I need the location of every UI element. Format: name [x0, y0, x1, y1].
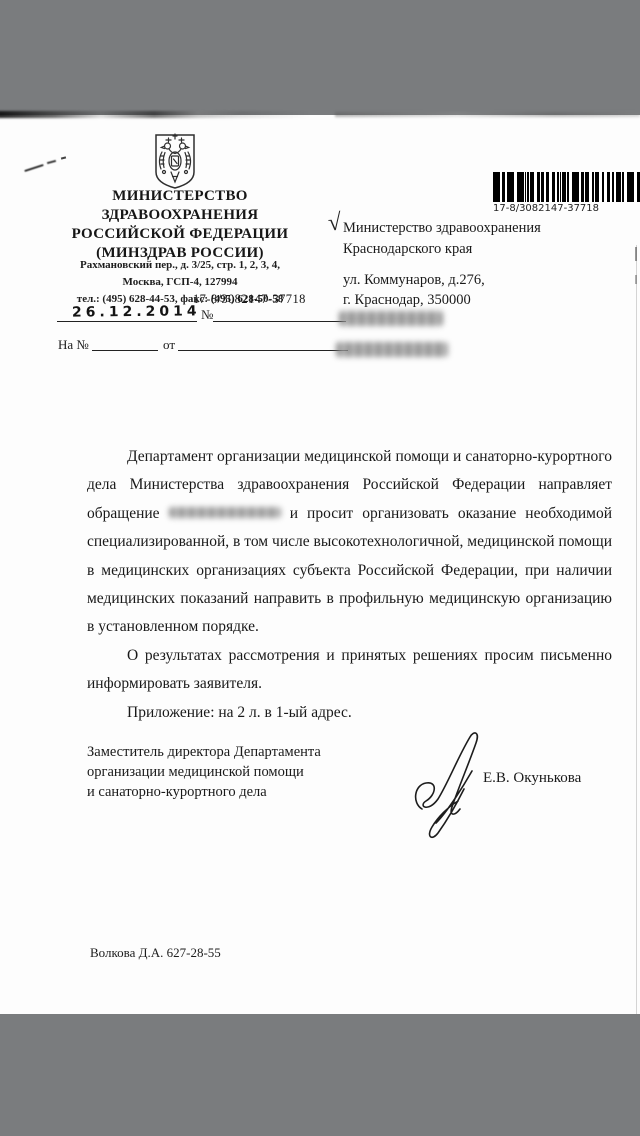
signer-job-title: Заместитель директора Департамента орган…	[87, 742, 367, 802]
recipient-address-line: ул. Коммунаров, д.276,	[343, 270, 583, 290]
scan-edge-smudge	[0, 111, 310, 118]
redacted-applicant-name	[339, 311, 443, 326]
redacted-applicant-name-inline	[169, 507, 281, 518]
recipient-org-line: Краснодарского края	[343, 239, 583, 260]
recipient-organization: Министерство здравоохранения Краснодарск…	[343, 218, 583, 260]
scan-fold-line	[636, 245, 637, 1014]
signer-title-line: Заместитель директора Департамента	[87, 742, 367, 762]
recipient-address-line: г. Краснодар, 350000	[343, 290, 583, 310]
ot-underline	[178, 350, 348, 351]
ministry-name-line: МИНИСТЕРСТВО	[60, 187, 300, 206]
pen-mark	[47, 160, 56, 164]
signer-name: Е.В. Окунькова	[483, 770, 581, 787]
date-underline	[57, 321, 197, 322]
letterhead-address-line: Москва, ГСП-4, 127994	[45, 274, 315, 291]
na-no-underline	[92, 350, 158, 351]
date-stamp: 26.12.2014	[72, 303, 201, 320]
barcode-number: 17-8/3082147-37718	[493, 203, 628, 214]
letterhead-address-line: Рахмановский пер., д. 3/25, стр. 1, 2, 3…	[45, 257, 315, 274]
pen-mark	[24, 164, 44, 172]
document-page: МИНИСТЕРСТВО ЗДРАВООХРАНЕНИЯ РОССИЙСКОЙ …	[0, 115, 640, 1014]
body-paragraph-1: Департамент организации медицинской помо…	[87, 443, 612, 642]
body-paragraph-3-attachment: Приложение: на 2 л. в 1-ый адрес.	[87, 699, 612, 727]
scan-fold-mark	[635, 247, 637, 261]
body-paragraph-2: О результатах рассмотрения и принятых ре…	[87, 642, 612, 699]
ministry-name-line: РОССИЙСКОЙ ФЕДЕРАЦИИ	[60, 225, 300, 244]
date-number-row: 26.12.2014 №	[50, 304, 350, 324]
reply-reference-row: На № от	[58, 337, 358, 355]
ot-label: от	[163, 337, 175, 353]
redacted-applicant-email	[336, 342, 448, 357]
russia-coat-of-arms-icon	[152, 132, 198, 190]
registration-barcode	[493, 172, 640, 202]
executor-contact: Волкова Д.А. 627-28-55	[90, 945, 221, 961]
scanned-letter-screenshot: { "letterhead": { "ministry_lines": ["МИ…	[0, 0, 640, 1136]
handwritten-checkmark: √	[327, 210, 342, 238]
letter-body: Департамент организации медицинской помо…	[87, 443, 612, 727]
recipient-org-line: Министерство здравоохранения	[343, 218, 583, 239]
scan-fold-mark	[635, 275, 637, 284]
number-sign-label: №	[201, 307, 213, 323]
ministry-name-line: ЗДРАВООХРАНЕНИЯ	[60, 206, 300, 225]
body-paragraph-1-end: и просит организовать оказание необходим…	[87, 505, 612, 636]
signer-title-line: и санаторно-курортного дела	[87, 782, 367, 802]
na-no-label: На №	[58, 337, 89, 353]
number-underline	[213, 321, 346, 322]
letterhead-ministry-name: МИНИСТЕРСТВО ЗДРАВООХРАНЕНИЯ РОССИЙСКОЙ …	[60, 187, 300, 263]
scan-edge-smudge	[335, 112, 640, 117]
signer-title-line: организации медицинской помощи	[87, 762, 367, 782]
recipient-address: ул. Коммунаров, д.276, г. Краснодар, 350…	[343, 270, 583, 310]
pen-mark	[61, 156, 66, 159]
